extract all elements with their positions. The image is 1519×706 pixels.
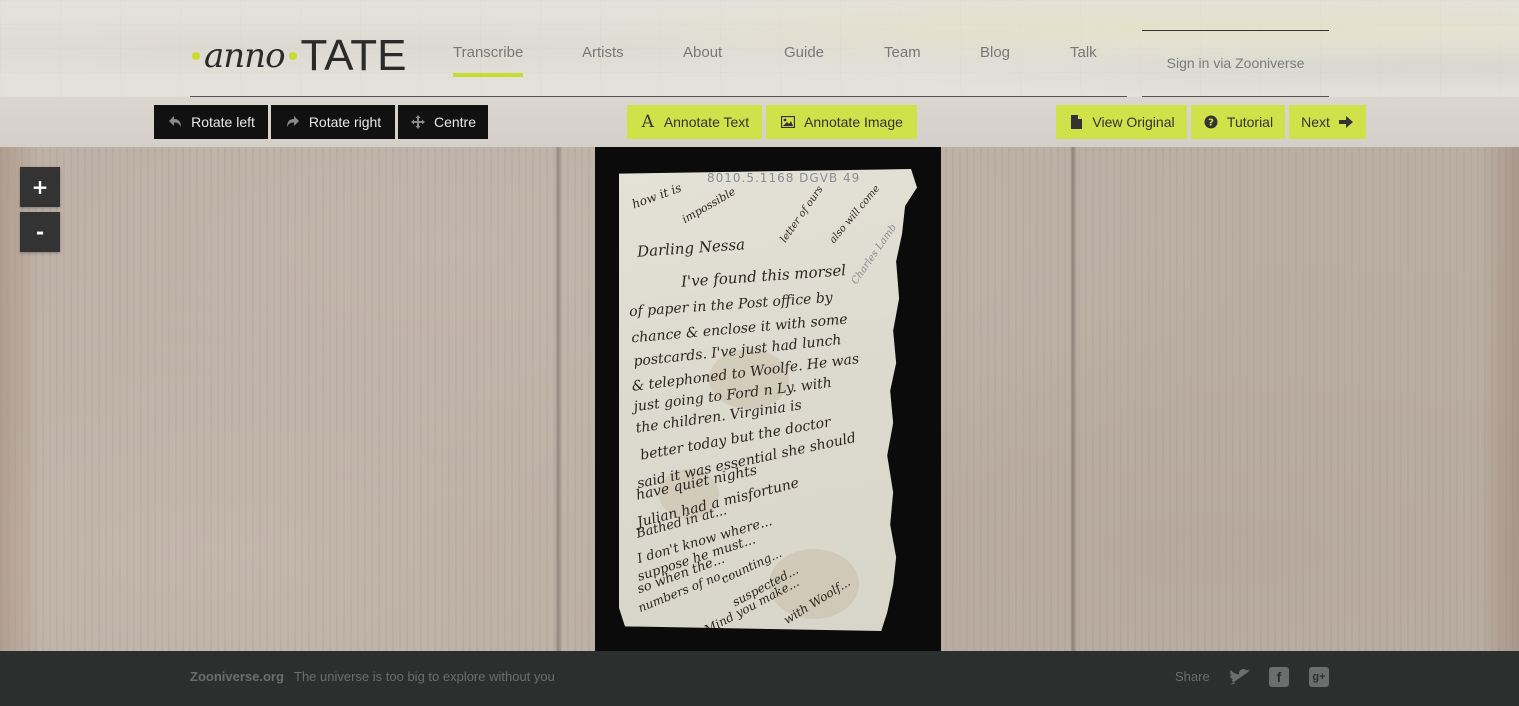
handwritten-letter: 8010.5.1168 DGVB 49 how it is impossible… xyxy=(619,169,917,631)
centre-label: Centre xyxy=(434,114,476,130)
logo-tate-text: TATE xyxy=(301,31,407,81)
view-original-label: View Original xyxy=(1092,114,1174,130)
share-label: Share xyxy=(1175,669,1210,684)
nav-team[interactable]: Team xyxy=(884,44,921,61)
site-footer: Zooniverse.org The universe is too big t… xyxy=(0,651,1519,706)
image-viewer[interactable]: + - 8010.5.1168 DGVB 49 how it is imposs… xyxy=(0,147,1519,651)
letter-line: I've found this morsel xyxy=(681,261,847,290)
facebook-icon[interactable]: f xyxy=(1269,667,1289,687)
nav-guide[interactable]: Guide xyxy=(784,44,824,61)
svg-text:?: ? xyxy=(1208,118,1214,129)
view-original-button[interactable]: View Original xyxy=(1056,105,1187,139)
twitter-icon[interactable] xyxy=(1230,667,1250,687)
zoom-in-button[interactable]: + xyxy=(20,167,60,207)
google-plus-icon[interactable]: g+ xyxy=(1309,667,1329,687)
rotate-right-label: Rotate right xyxy=(309,114,381,130)
rotate-left-label: Rotate left xyxy=(191,114,255,130)
annotate-image-label: Annotate Image xyxy=(804,114,903,130)
rotate-right-button[interactable]: Rotate right xyxy=(271,105,395,139)
signin-link[interactable]: Sign in via Zooniverse xyxy=(1142,55,1329,71)
rotate-left-icon xyxy=(167,114,183,130)
nav-transcribe[interactable]: Transcribe xyxy=(453,44,523,61)
logo-dot-icon xyxy=(289,52,297,60)
arrow-right-icon xyxy=(1338,114,1354,130)
annotate-image-button[interactable]: Annotate Image xyxy=(766,105,917,139)
question-circle-icon: ? xyxy=(1203,114,1219,130)
footer-tagline: The universe is too big to explore witho… xyxy=(294,669,555,684)
annotate-text-label: Annotate Text xyxy=(664,114,749,130)
nav-artists[interactable]: Artists xyxy=(582,44,624,61)
annotate-logo[interactable]: anno TATE xyxy=(192,34,406,78)
centre-icon xyxy=(410,114,426,130)
centre-button[interactable]: Centre xyxy=(398,105,488,139)
rotate-right-icon xyxy=(285,114,301,130)
viewer-toolbar: Rotate left Rotate right Centre A Annota… xyxy=(0,97,1519,147)
zoom-out-button[interactable]: - xyxy=(20,212,60,252)
letter-line: Darling Nessa xyxy=(637,235,746,260)
text-a-icon: A xyxy=(640,114,656,130)
document-image[interactable]: 8010.5.1168 DGVB 49 how it is impossible… xyxy=(595,147,941,651)
next-label: Next xyxy=(1301,114,1330,130)
tutorial-label: Tutorial xyxy=(1227,114,1273,130)
active-nav-indicator xyxy=(453,73,523,77)
tutorial-button[interactable]: ? Tutorial xyxy=(1191,105,1285,139)
nav-blog[interactable]: Blog xyxy=(980,44,1010,61)
catalog-number: 8010.5.1168 DGVB 49 xyxy=(707,171,860,185)
nav-talk[interactable]: Talk xyxy=(1070,44,1097,61)
zooniverse-link[interactable]: Zooniverse.org xyxy=(190,669,284,684)
file-icon xyxy=(1068,114,1084,130)
site-header: anno TATE Transcribe Artists About Guide… xyxy=(0,0,1519,97)
logo-anno-text: anno xyxy=(204,36,285,76)
next-button[interactable]: Next xyxy=(1289,105,1366,139)
rotate-left-button[interactable]: Rotate left xyxy=(154,105,268,139)
signin-area: Sign in via Zooniverse xyxy=(1142,30,1329,97)
image-icon xyxy=(780,114,796,130)
nav-about[interactable]: About xyxy=(683,44,722,61)
logo-dot-icon xyxy=(192,52,200,60)
annotate-text-button[interactable]: A Annotate Text xyxy=(627,105,762,139)
